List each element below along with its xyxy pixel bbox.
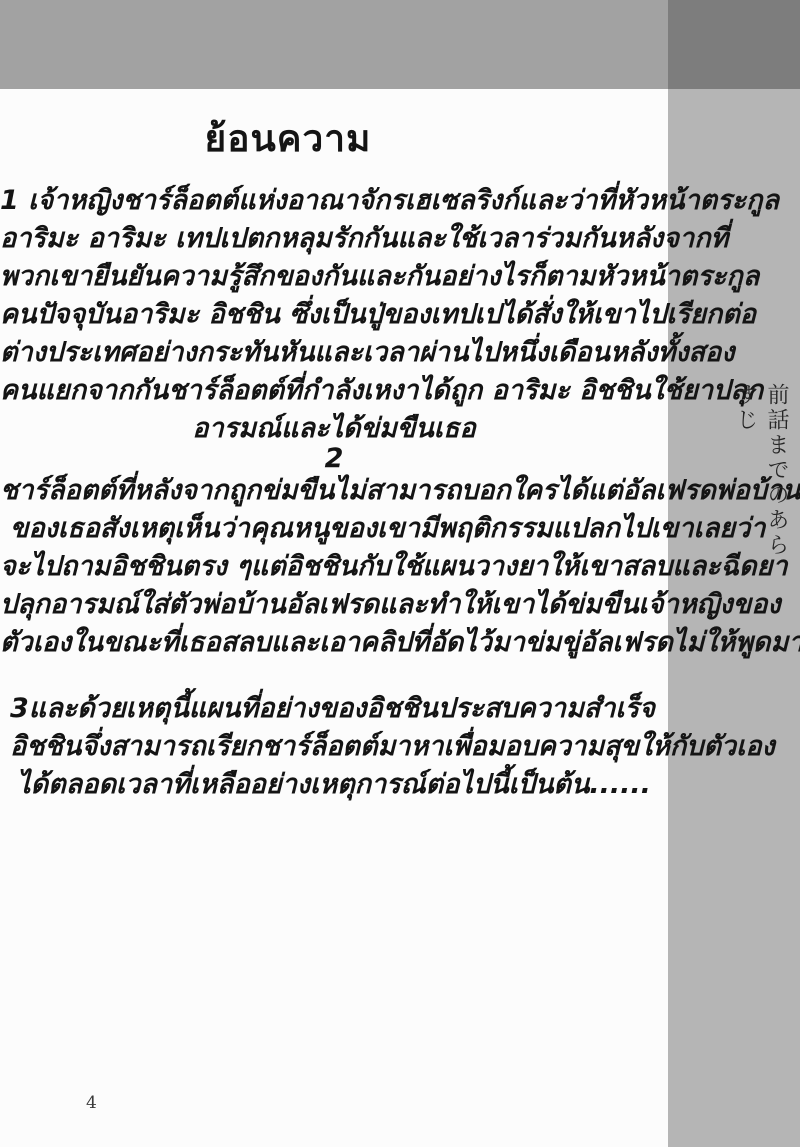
recap-paragraph-3: 3และด้วยเหตุนี้แผนที่อย่างของอิชชินประสบ…: [0, 690, 668, 804]
recap-line: พวกเขายืนยันความรู้สึกของกันและกันอย่างไ…: [0, 258, 668, 296]
recap-line: อิชชินจึ่งสามารถเรียกชาร์ล็อตต์มาหาเพื่อ…: [0, 728, 668, 766]
recap-line: 1 เจ้าหญิงชาร์ล็อตต์แห่งอาณาจักรเฮเซลริง…: [0, 182, 668, 220]
section-marker-2: 2: [0, 448, 668, 472]
page-title: ย้อนความ: [0, 117, 622, 161]
recap-line: คนแยกจากกันชาร์ล็อตต์ที่กำลังเหงาได้ถูก …: [0, 372, 668, 410]
recap-line: ปลุกอารมณ์ใส่ตัวพ่อบ้านอัลเฟรดและทำให้เข…: [0, 586, 668, 624]
recap-line: ของเธอสังเหตุเห็นว่าคุณหนูของเขามีพฤติกร…: [0, 510, 668, 548]
page-number: 4: [86, 1093, 97, 1113]
vertical-sidebar-label: 前話までのあらすじ: [730, 383, 792, 573]
recap-line: คนปัจจุบันอาริมะ อิชชิน ซึ่งเป็นปู่ของเท…: [0, 296, 668, 334]
recap-line: ชาร์ล็อตต์ที่หลังจากถูกข่มขืนไม่สามารถบอ…: [0, 472, 668, 510]
top-scan-band: [0, 0, 668, 89]
recap-line: อาริมะ อาริมะ เทปเปตกหลุมรักกันและใช้เวล…: [0, 220, 668, 258]
recap-line: ตัวเองในขณะที่เธอสลบและเอาคลิปที่อัดไว้ม…: [0, 624, 668, 662]
recap-line: ต่างประเทศอย่างกระทันหันและเวลาผ่านไปหนึ…: [0, 334, 668, 372]
scanned-recap-page: ย้อนความ 1 เจ้าหญิงชาร์ล็อตต์แห่งอาณาจัก…: [0, 0, 800, 1147]
recap-line: ได้ตลอดเวลาที่เหลืออย่างเหตุการณ์ต่อไปนี…: [0, 766, 668, 804]
recap-line: จะไปถามอิชชินตรง ๆแต่อิชชินกับใช้แผนวางย…: [0, 548, 668, 586]
recap-paragraph-2: ชาร์ล็อตต์ที่หลังจากถูกข่มขืนไม่สามารถบอ…: [0, 472, 668, 662]
top-scan-band-dark: [668, 0, 800, 89]
recap-paragraph-1: 1 เจ้าหญิงชาร์ล็อตต์แห่งอาณาจักรเฮเซลริง…: [0, 182, 668, 448]
paper-area: ย้อนความ 1 เจ้าหญิงชาร์ล็อตต์แห่งอาณาจัก…: [0, 89, 668, 1147]
recap-line: 3และด้วยเหตุนี้แผนที่อย่างของอิชชินประสบ…: [0, 690, 668, 728]
